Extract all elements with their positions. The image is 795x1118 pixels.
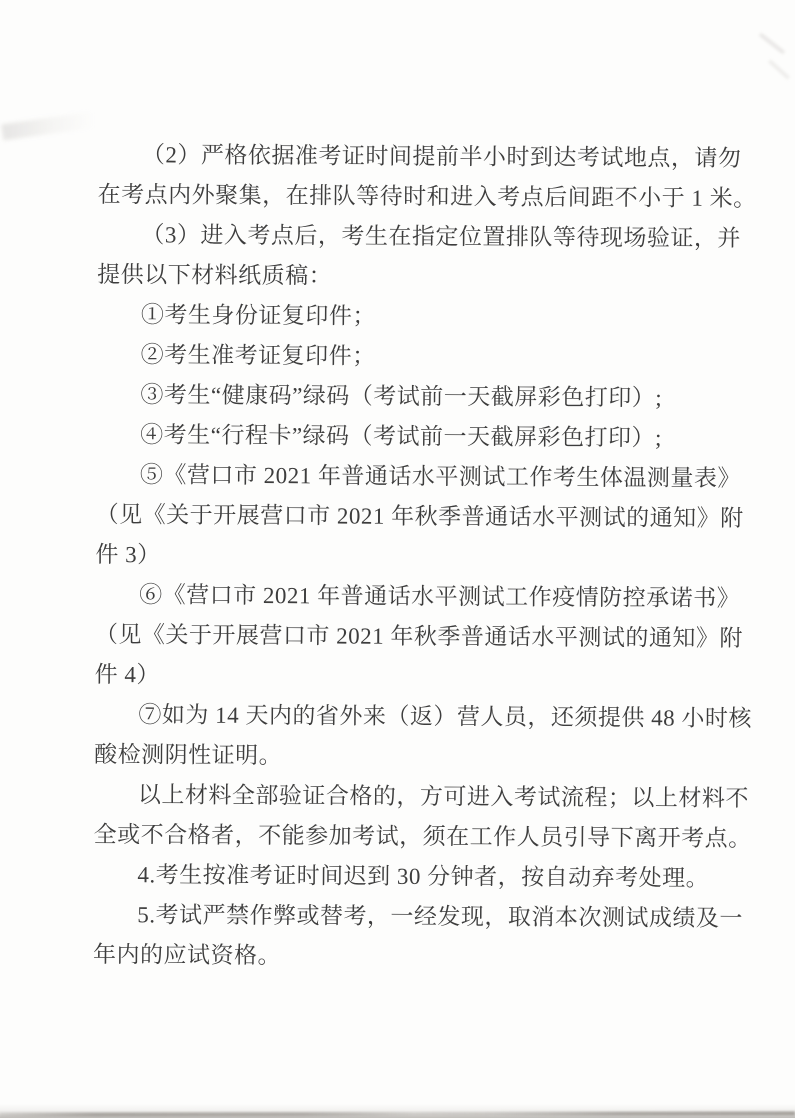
text-line: 酸检测阴性证明。 bbox=[94, 735, 718, 779]
text-line: 全或不合格者，不能参加考试，须在工作人员引导下离开考点。 bbox=[94, 815, 718, 859]
text-line: 5.考试严禁作弊或替考，一经发现，取消本次测试成绩及一 bbox=[93, 895, 717, 939]
text-line: 4.考生按准考证时间迟到 30 分钟者，按自动弃考处理。 bbox=[93, 855, 717, 899]
text-line: 在考点内外聚集，在排队等待时和进入考点后间距不小于 1 米。 bbox=[98, 175, 722, 219]
text-line: 提供以下材料纸质稿： bbox=[97, 255, 721, 299]
text-line: （见《关于开展营口市 2021 年秋季普通话水平测试的通知》附 bbox=[95, 615, 719, 659]
scan-smudge-top-right bbox=[759, 33, 784, 54]
text-line: （见《关于开展营口市 2021 年秋季普通话水平测试的通知》附 bbox=[96, 495, 720, 539]
text-line: ①考生身份证复印件； bbox=[97, 295, 721, 339]
document-text-block: （2）严格依据准考证时间提前半小时到达考试地点，请勿 在考点内外聚集，在排队等待… bbox=[93, 135, 722, 979]
text-line: ⑤《营口市 2021 年普通话水平测试工作考生体温测量表》 bbox=[96, 455, 720, 499]
text-line: ②考生准考证复印件； bbox=[97, 335, 721, 379]
scanned-page: （2）严格依据准考证时间提前半小时到达考试地点，请勿 在考点内外聚集，在排队等待… bbox=[0, 0, 795, 1118]
text-line: ④考生“行程卡”绿码（考试前一天截屏彩色打印）; bbox=[96, 415, 720, 459]
text-line: ⑦如为 14 天内的省外来（返）营人员，还须提供 48 小时核 bbox=[94, 695, 718, 739]
text-line: 年内的应试资格。 bbox=[93, 935, 717, 979]
text-line: （3）进入考点后，考生在指定位置排队等待现场验证，并 bbox=[97, 215, 721, 259]
scan-smudge-top-right-2 bbox=[768, 60, 789, 80]
text-line: ⑥《营口市 2021 年普通话水平测试工作疫情防控承诺书》 bbox=[95, 575, 719, 619]
text-line: 以上材料全部验证合格的，方可进入考试流程；以上材料不 bbox=[94, 775, 718, 819]
text-line: ③考生“健康码”绿码（考试前一天截屏彩色打印）; bbox=[96, 375, 720, 419]
text-line: 件 4） bbox=[95, 655, 719, 699]
scan-smudge-top-left bbox=[1, 112, 94, 141]
text-line: （2）严格依据准考证时间提前半小时到达考试地点，请勿 bbox=[98, 135, 722, 179]
text-line: 件 3） bbox=[95, 535, 719, 579]
